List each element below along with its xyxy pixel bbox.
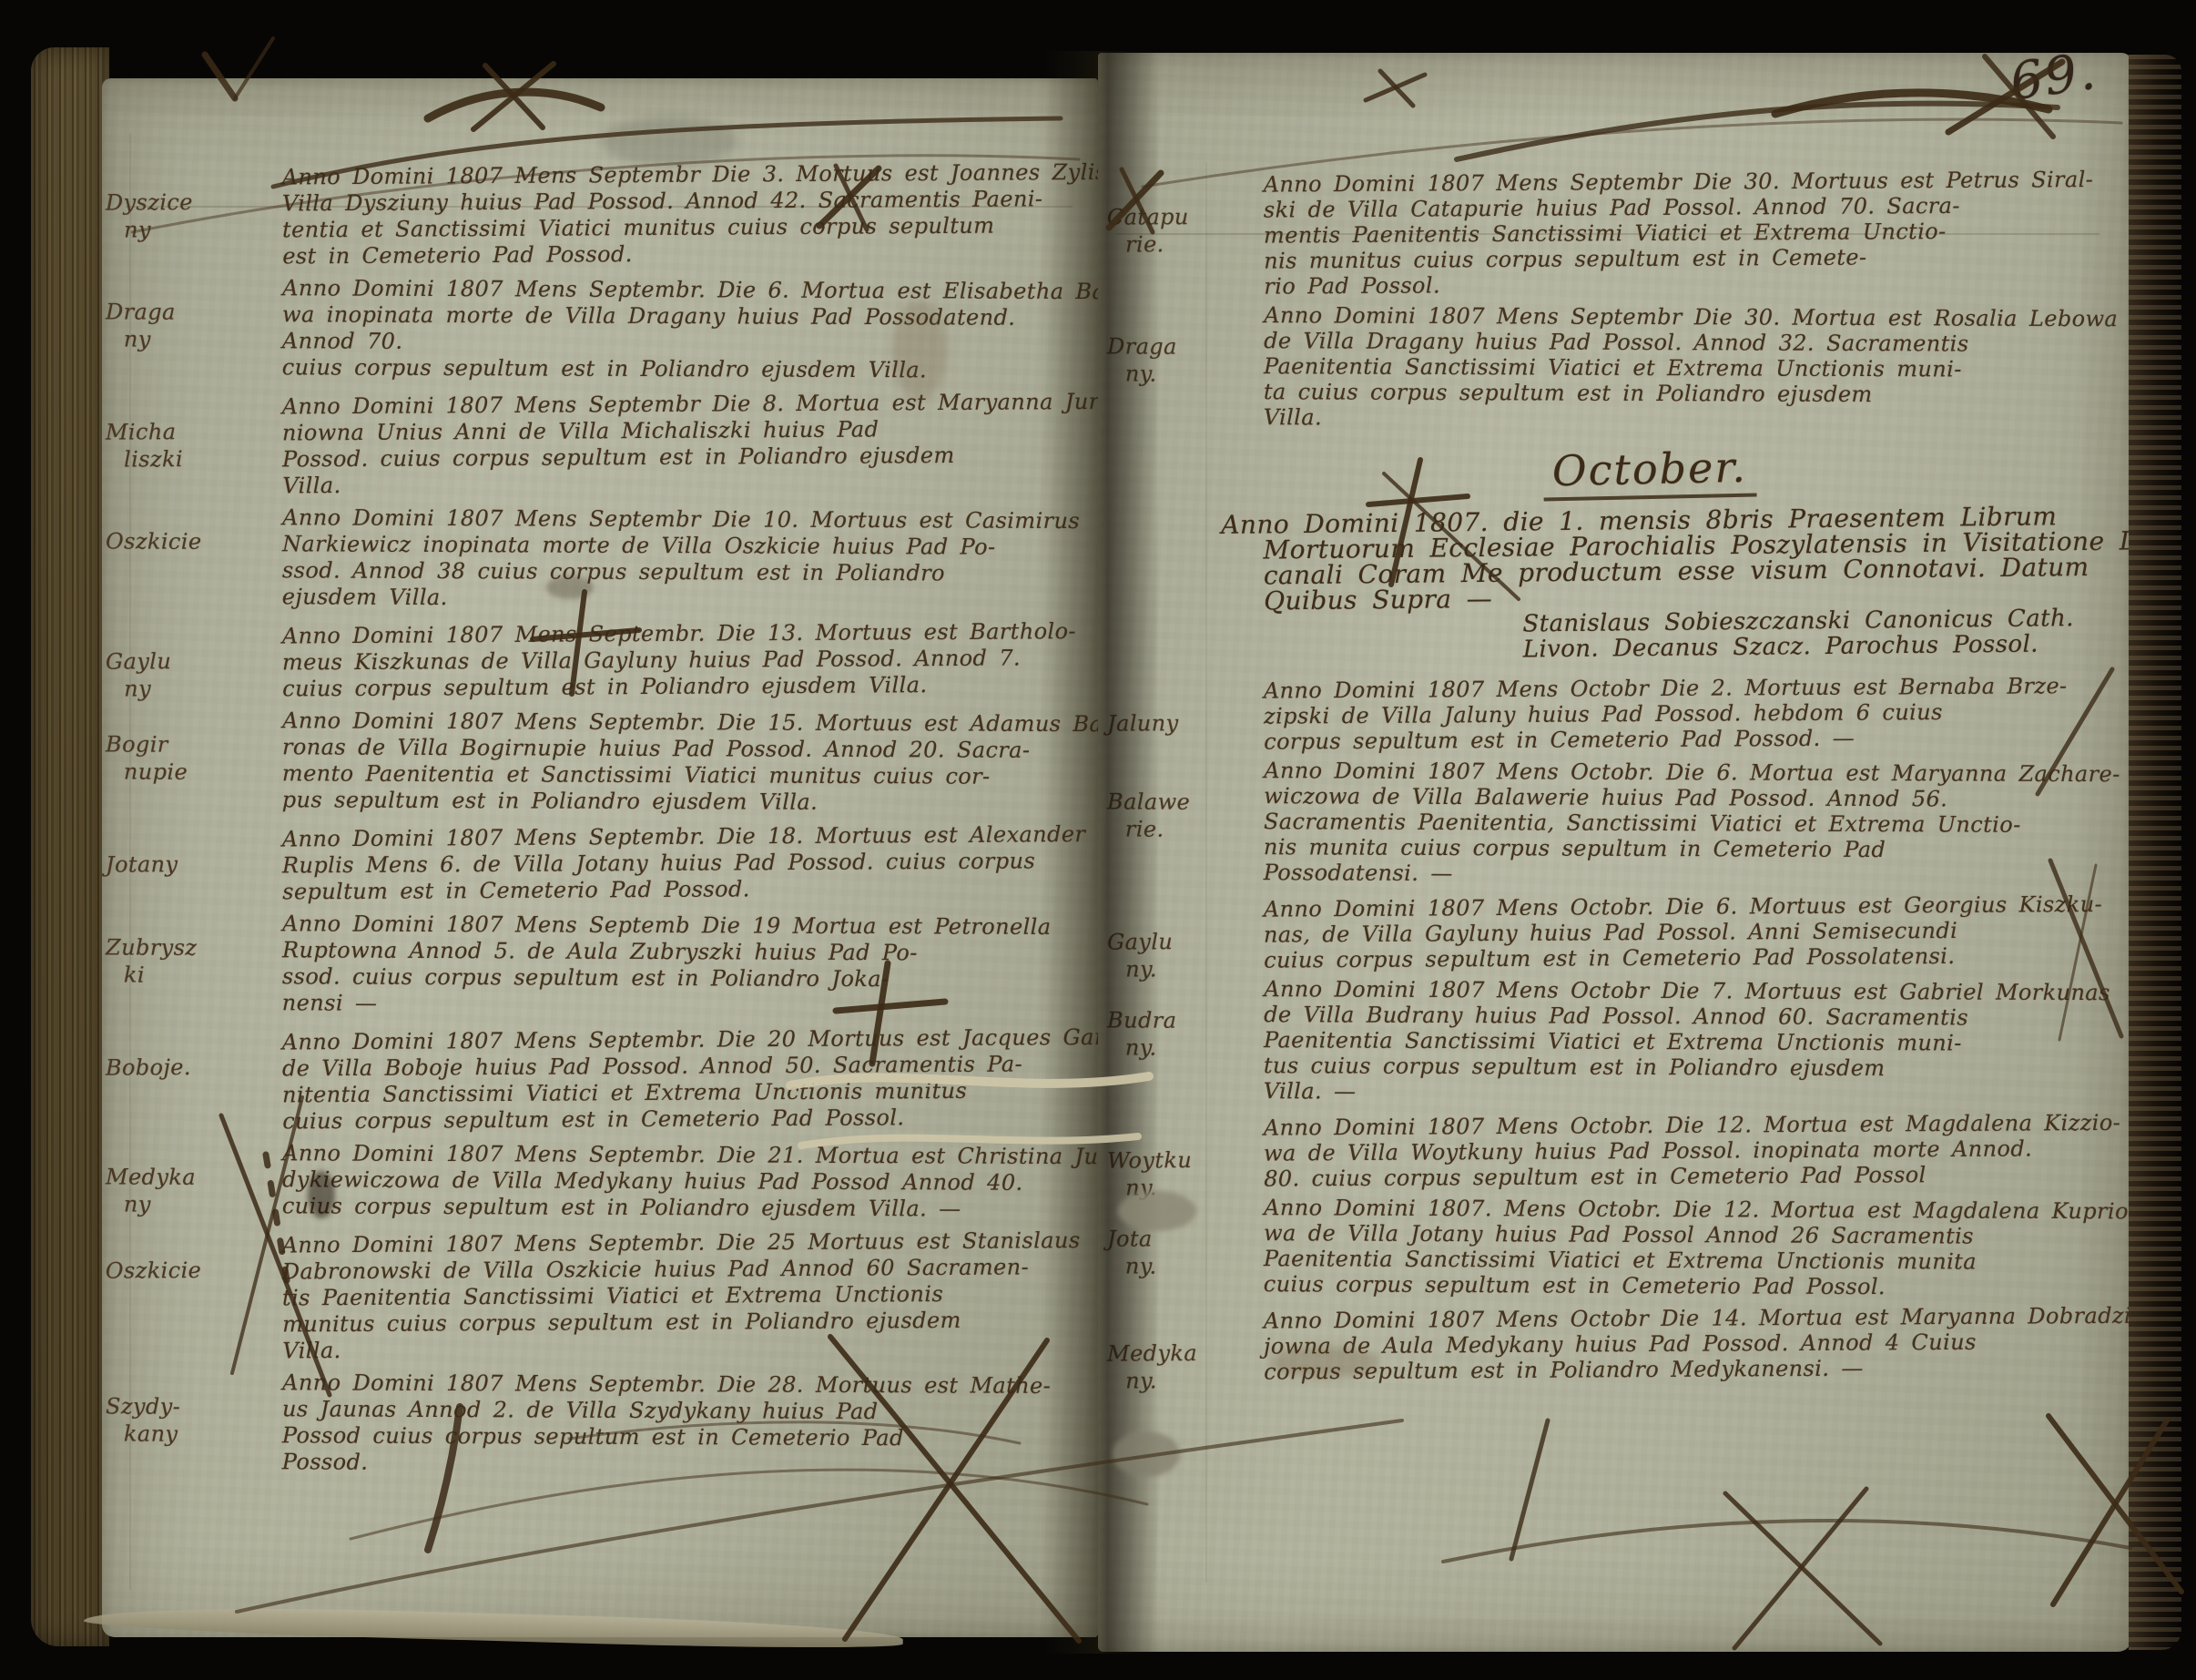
register-entry: Budrany.Anno Domini 1807 Mens Octobr Die…: [1222, 976, 2079, 1107]
entry-line: cuius corpus sepultum est in Cemeterio P…: [1222, 942, 2078, 973]
entry-line: tus cuius corpus sepultum est in Poliand…: [1222, 1053, 2078, 1082]
margin-label-line: Gaylu: [1107, 928, 1231, 956]
margin-village-label: Balawerie.: [1107, 788, 1231, 843]
margin-label-line: Szydy-: [106, 1392, 229, 1420]
margin-label-line: ny.: [1107, 1252, 1231, 1280]
month-header-wrap: October.: [1222, 444, 2078, 499]
entry-line: Anno Domini 1807 Mens Septembr Die 30. M…: [1222, 302, 2078, 331]
margin-village-label: Jaluny: [1107, 709, 1231, 738]
entry-line: mento Paenitentia et Sanctissimi Viatici…: [240, 760, 1051, 790]
register-entry: Woytkuny.Anno Domini 1807 Mens Octobr. D…: [1222, 1110, 2078, 1192]
register-entry: Gayluny.Anno Domini 1807 Mens Octobr. Di…: [1222, 891, 2078, 973]
margin-village-label: Bogirnupie: [106, 730, 229, 786]
entry-line: Paenitentia Sanctissimi Viatici et Extre…: [1222, 353, 2078, 382]
margin-label-line: ny.: [1107, 360, 1231, 388]
margin-label-line: Zubrysz: [106, 933, 229, 962]
margin-village-label: Woytkuny.: [1107, 1146, 1231, 1202]
entry-line: Paenitentia Sanctissimi Viatici et Extre…: [1222, 1246, 2078, 1275]
entry-line: cuius corpus sepultum est in Poliandro e…: [240, 671, 1051, 702]
margin-label-line: Medyka: [106, 1163, 229, 1191]
entry-line: rio Pad Possol.: [1222, 269, 2078, 300]
register-entry: Medykany.Anno Domini 1807 Mens Octobr Di…: [1222, 1303, 2078, 1385]
entry-line: de Villa Budrany huius Pad Possol. Annod…: [1222, 1002, 2078, 1031]
register-entry: Catapurie.Anno Domini 1807 Mens Septembr…: [1222, 167, 2079, 300]
entry-line: pus sepultum est in Poliandro ejusdem Vi…: [240, 787, 1051, 817]
scanned-parish-register: { "document": { "description": "Parish d…: [0, 0, 2196, 1680]
entry-line: Sacramentis Paenitentia, Sanctissimi Via…: [1222, 809, 2078, 838]
margin-label-line: Draga: [1107, 332, 1231, 361]
entry-line: corpus sepultum est in Poliandro Medykan…: [1222, 1354, 2078, 1385]
margin-label-line: Boboje.: [106, 1054, 229, 1082]
margin-village-label: Zubryszki: [106, 933, 229, 989]
margin-label-line: Catapu: [1107, 203, 1231, 231]
entry-line: Anno Domini 1807 Mens Octobr Die 7. Mort…: [1222, 976, 2078, 1005]
left-page: DyszicenyAnno Domini 1807 Mens Septembr …: [102, 78, 1098, 1637]
entry-line: Annod 70.: [240, 328, 1051, 358]
margin-village-label: Catapurie.: [1107, 203, 1231, 259]
entry-line: wa de Villa Woytkuny huius Pad Possol. i…: [1222, 1135, 2078, 1166]
margin-label-line: Jaluny: [1107, 709, 1231, 738]
entry-line: Anno Domini 1807 Mens Septembr Die 8. Mo…: [240, 389, 1051, 420]
entry-line: Anno Domini 1807 Mens Septembr. Die 6. M…: [240, 275, 1051, 305]
entry-line: ssod. cuius corpus sepultum est in Polia…: [240, 963, 1051, 993]
margin-label-line: kany: [106, 1420, 229, 1448]
register-entry: MedykanyAnno Domini 1807 Mens Septembr. …: [240, 1140, 1051, 1223]
margin-label-line: ny: [106, 216, 229, 244]
margin-label-line: Jota: [1107, 1225, 1231, 1253]
entry-line: Villa.: [240, 1333, 1051, 1364]
entry-line: us Jaunas Annod 2. de Villa Szydykany hu…: [240, 1396, 1051, 1426]
register-entry: Balawerie.Anno Domini 1807 Mens Octobr. …: [1222, 758, 2079, 889]
entry-line: Anno Domini 1807 Mens Octobr. Die 6. Mor…: [1222, 758, 2078, 787]
margin-village-label: Dragany.: [1107, 332, 1231, 388]
entry-line: wa de Villa Jotany huius Pad Possol Anno…: [1222, 1220, 2078, 1249]
margin-label-line: Oszkicie: [106, 1257, 229, 1285]
entry-line: nis munita cuius corpus sepultum in Ceme…: [1222, 834, 2078, 863]
register-entry: Jotany.Anno Domini 1807. Mens Octobr. Di…: [1222, 1195, 2078, 1300]
entry-line: meus Kiszkunas de Villa Gayluny huius Pa…: [240, 645, 1051, 676]
margin-label-line: ny.: [1107, 1174, 1231, 1202]
register-entry: OszkicieAnno Domini 1807 Mens Septembr D…: [240, 504, 1051, 614]
month-header-october: October.: [1542, 443, 1756, 502]
register-entry: BogirnupieAnno Domini 1807 Mens Septembr…: [240, 708, 1051, 817]
entry-line: de Villa Dragany huius Pad Possol. Annod…: [1222, 328, 2078, 357]
entry-line: nensi —: [240, 990, 1051, 1020]
margin-village-label: Jotany.: [1107, 1225, 1231, 1280]
entry-line: Anno Domini 1807 Mens Septemb Die 19 Mor…: [240, 911, 1051, 941]
entry-line: sepultum est in Cemeterio Pad Possod.: [240, 874, 1051, 905]
entry-line: dykiewiczowa de Villa Medykany huius Pad…: [240, 1166, 1051, 1196]
entry-line: cuius corpus sepultum est in Poliandro e…: [240, 354, 1051, 384]
register-entry: MichaliszkiAnno Domini 1807 Mens Septemb…: [240, 389, 1052, 499]
register-entry: DraganyAnno Domini 1807 Mens Septembr. D…: [240, 275, 1051, 384]
register-entry: Szydy-kanyAnno Domini 1807 Mens Septembr…: [240, 1369, 1051, 1479]
margin-village-label: Budrany.: [1107, 1006, 1231, 1062]
margin-label-line: Jotany: [106, 850, 229, 879]
entry-line: ssod. Annod 38 cuius corpus sepultum est…: [240, 557, 1051, 587]
margin-village-label: Oszkicie: [106, 1257, 229, 1285]
entry-line: ronas de Villa Bogirnupie huius Pad Poss…: [240, 734, 1051, 764]
margin-village-label: Medykany.: [1107, 1339, 1231, 1395]
entry-line: 80. cuius corpus sepultum est in Cemeter…: [1222, 1161, 2078, 1192]
page-number: 69.: [2007, 42, 2100, 113]
margin-village-label: Gayluny: [106, 647, 229, 703]
margin-label-line: Budra: [1107, 1006, 1231, 1034]
margin-village-label: Boboje.: [106, 1054, 229, 1082]
entry-line: cuius corpus sepultum est in Cemeterio P…: [1222, 1271, 2078, 1300]
entry-line: Anno Domini 1807 Mens Septembr. Die 15. …: [240, 708, 1051, 738]
margin-label-line: Medyka: [1107, 1339, 1231, 1368]
margin-village-label: Gayluny.: [1107, 928, 1231, 983]
entry-line: Anno Domini 1807. Mens Octobr. Die 12. M…: [1222, 1195, 2078, 1224]
margin-label-line: nupie: [106, 758, 229, 786]
margin-label-line: Dyszice: [106, 188, 229, 217]
register-entry: Dragany.Anno Domini 1807 Mens Septembr D…: [1222, 302, 2079, 433]
entry-line: wiczowa de Villa Balawerie huius Pad Pos…: [1222, 783, 2078, 812]
register-entry: Boboje.Anno Domini 1807 Mens Septembr. D…: [240, 1024, 1052, 1135]
page-stack-edge: [31, 47, 109, 1646]
margin-label-line: ny: [106, 1190, 229, 1218]
margin-label-line: ny: [106, 675, 229, 703]
margin-label-line: Gaylu: [106, 647, 229, 676]
register-entry: OszkicieAnno Domini 1807 Mens Septembr. …: [240, 1227, 1052, 1364]
right-page-entries: Catapurie.Anno Domini 1807 Mens Septembr…: [1222, 169, 2078, 1390]
entry-line: Possodatensi. —: [1222, 860, 2078, 889]
entry-line: Villa.: [1222, 404, 2078, 433]
margin-label-line: Balawe: [1107, 788, 1231, 816]
register-entry: JotanyAnno Domini 1807 Mens Septembr. Di…: [240, 821, 1052, 905]
entry-line: wa inopinata morte de Villa Dragany huiu…: [240, 301, 1051, 331]
entry-line: Villa. —: [1222, 1078, 2078, 1107]
margin-label-line: ki: [106, 961, 229, 989]
right-page: Catapurie.Anno Domini 1807 Mens Septembr…: [1098, 53, 2132, 1652]
margin-village-label: Medykany: [106, 1163, 229, 1218]
margin-label-line: rie.: [1107, 230, 1231, 259]
register-entry: JalunyAnno Domini 1807 Mens Octobr Die 2…: [1222, 673, 2078, 755]
entry-line: ejusdem Villa.: [240, 584, 1051, 614]
margin-village-label: Szydy-kany: [106, 1392, 229, 1448]
visitation-note: Anno Domini 1807. die 1. mensis 8bris Pr…: [1221, 504, 2079, 666]
register-entry: DyszicenyAnno Domini 1807 Mens Septembr …: [240, 159, 1052, 270]
entry-line: nitentia Sanctissimi Viatici et Extrema …: [240, 1077, 1051, 1108]
entry-line: ski de Villa Catapurie huius Pad Possol.…: [1222, 192, 2078, 223]
entry-line: Possod. cuius corpus sepultum est in Pol…: [240, 442, 1051, 473]
entry-line: Villa.: [240, 468, 1051, 499]
entry-line: Paenitentia Sanctissimi Viatici et Extre…: [1222, 1027, 2078, 1056]
margin-label-line: ny.: [1107, 1367, 1231, 1395]
margin-label-line: Woytku: [1107, 1146, 1231, 1175]
margin-label-line: ny.: [1107, 955, 1231, 983]
entry-line: corpus sepultum est in Cemeterio Pad Pos…: [1222, 724, 2078, 755]
margin-label-line: Draga: [106, 298, 229, 326]
margin-label-line: Bogir: [106, 730, 229, 759]
entry-line: cuius corpus sepultum est in Poliandro e…: [240, 1193, 1051, 1223]
margin-village-label: Dragany: [106, 298, 229, 353]
entry-line: ta cuius corpus sepultum est in Poliandr…: [1222, 379, 2078, 408]
margin-label-line: liszki: [106, 445, 229, 473]
entry-line: Ruplis Mens 6. de Villa Jotany huius Pad…: [240, 848, 1051, 879]
register-entry: GaylunyAnno Domini 1807 Mens Septembr. D…: [240, 618, 1052, 702]
entry-line: Possod.: [240, 1449, 1051, 1479]
entry-line: Anno Domini 1807 Mens Septembr Die 10. M…: [240, 504, 1051, 535]
margin-label-line: Micha: [106, 418, 229, 446]
entry-line: Anno Domini 1807 Mens Septembr. Die 28. …: [240, 1369, 1051, 1400]
book-right-edge: [2129, 55, 2181, 1650]
entry-line: tentia et Sanctissimi Viatici munitus cu…: [240, 212, 1051, 243]
entry-line: Narkiewicz inopinata morte de Villa Oszk…: [240, 531, 1051, 561]
margin-label-line: ny: [106, 325, 229, 353]
entry-line: Anno Domini 1807 Mens Octobr Die 2. Mort…: [1222, 673, 2078, 704]
margin-village-label: Michaliszki: [106, 418, 229, 473]
entry-line: Possod cuius corpus sepultum est in Ceme…: [240, 1422, 1051, 1452]
margin-label-line: ny.: [1107, 1033, 1231, 1062]
margin-label-line: rie.: [1107, 815, 1231, 843]
entry-line: est in Cemeterio Pad Possod.: [240, 239, 1051, 270]
entry-line: Ruptowna Annod 5. de Aula Zubryszki huiu…: [240, 937, 1051, 967]
entry-line: cuius corpus sepultum est in Cemeterio P…: [240, 1104, 1051, 1135]
margin-village-label: Dysziceny: [106, 188, 229, 244]
entry-line: jowna de Aula Medykany huius Pad Possod.…: [1222, 1329, 2078, 1359]
margin-label-line: Oszkicie: [106, 527, 229, 555]
left-page-entries: DyszicenyAnno Domini 1807 Mens Septembr …: [240, 162, 1051, 1486]
margin-village-label: Jotany: [106, 850, 229, 879]
entry-line: Anno Domini 1807 Mens Septembr. Die 21. …: [240, 1140, 1051, 1170]
register-entry: ZubryszkiAnno Domini 1807 Mens Septemb D…: [240, 911, 1051, 1020]
entry-line: munitus cuius corpus sepultum est in Pol…: [240, 1307, 1051, 1338]
margin-village-label: Oszkicie: [106, 527, 229, 555]
